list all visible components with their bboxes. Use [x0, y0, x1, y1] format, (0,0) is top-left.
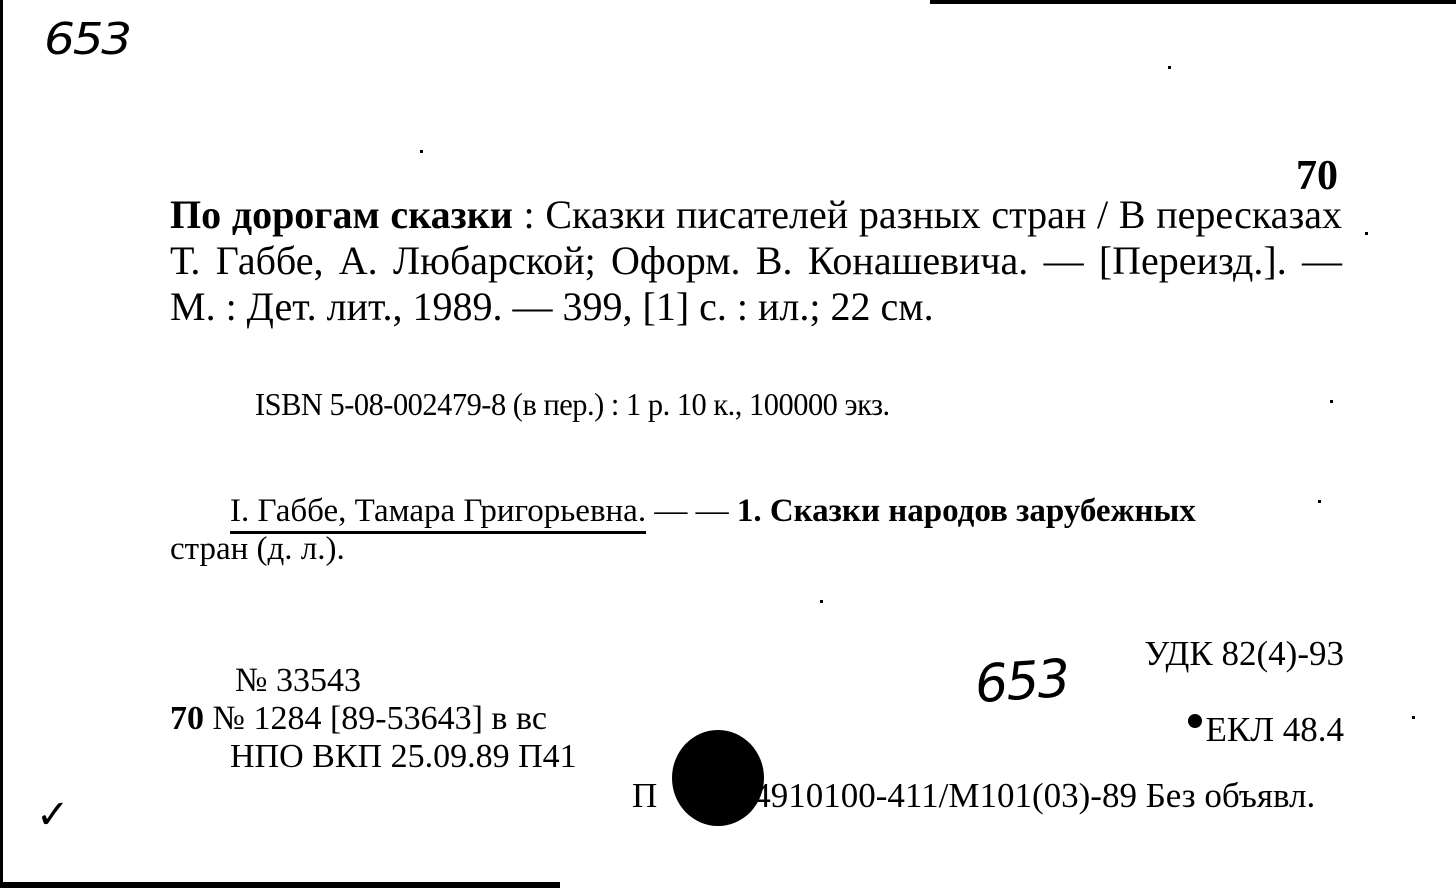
subject-heading: 1. Сказки народов зарубежных — [737, 493, 1196, 529]
order-line-3: НПО ВКП 25.09.89 П41 — [170, 738, 577, 776]
bibliographic-entry: По дорогам сказки : Сказки писателей раз… — [170, 192, 1342, 330]
check-mark-icon: ✓ — [36, 792, 70, 838]
order-info: № 33543 70 № 1284 [89-53643] в вс НПО ВК… — [170, 662, 577, 776]
handwritten-number-top: 653 — [44, 14, 130, 65]
ink-dot-icon — [1188, 714, 1202, 728]
isbn-line: ISBN 5-08-002479-8 (в пер.) : 1 р. 10 к.… — [255, 386, 890, 423]
book-title: По дорогам сказки — [170, 192, 513, 237]
price-code: 4910100-411/М101(03)-89 Без объявл. — [753, 776, 1315, 815]
added-entry-author: I. Габбе, Тамара Григорьевна. — [230, 493, 646, 534]
subject-heading-continued: стран (д. л.). — [170, 530, 1345, 568]
order-number: № 33543 — [170, 662, 577, 700]
order-prefix: 70 — [170, 700, 204, 737]
tracing-separator: — — — [646, 493, 737, 529]
order-line-2: № 1284 [89-53643] в вс — [213, 700, 547, 737]
card-edge-bottom — [0, 882, 560, 888]
card-edge-top — [930, 0, 1456, 4]
ekl-code: ЕКЛ 48.4 — [1206, 710, 1344, 749]
card-edge-left — [0, 0, 3, 888]
ink-blot-icon — [672, 730, 764, 826]
tracing-section: I. Габбе, Тамара Григорьевна. — — 1. Ска… — [170, 492, 1345, 568]
price-letter: П — [632, 776, 657, 815]
handwritten-number-middle: 653 — [973, 649, 1070, 715]
udk-code: УДК 82(4)-93 — [1144, 634, 1344, 674]
ekl-code-line: ЕКЛ 48.4 — [1188, 710, 1344, 750]
catalog-card: 653 653 ✓ 70 По дорогам сказки : Сказки … — [0, 0, 1456, 888]
